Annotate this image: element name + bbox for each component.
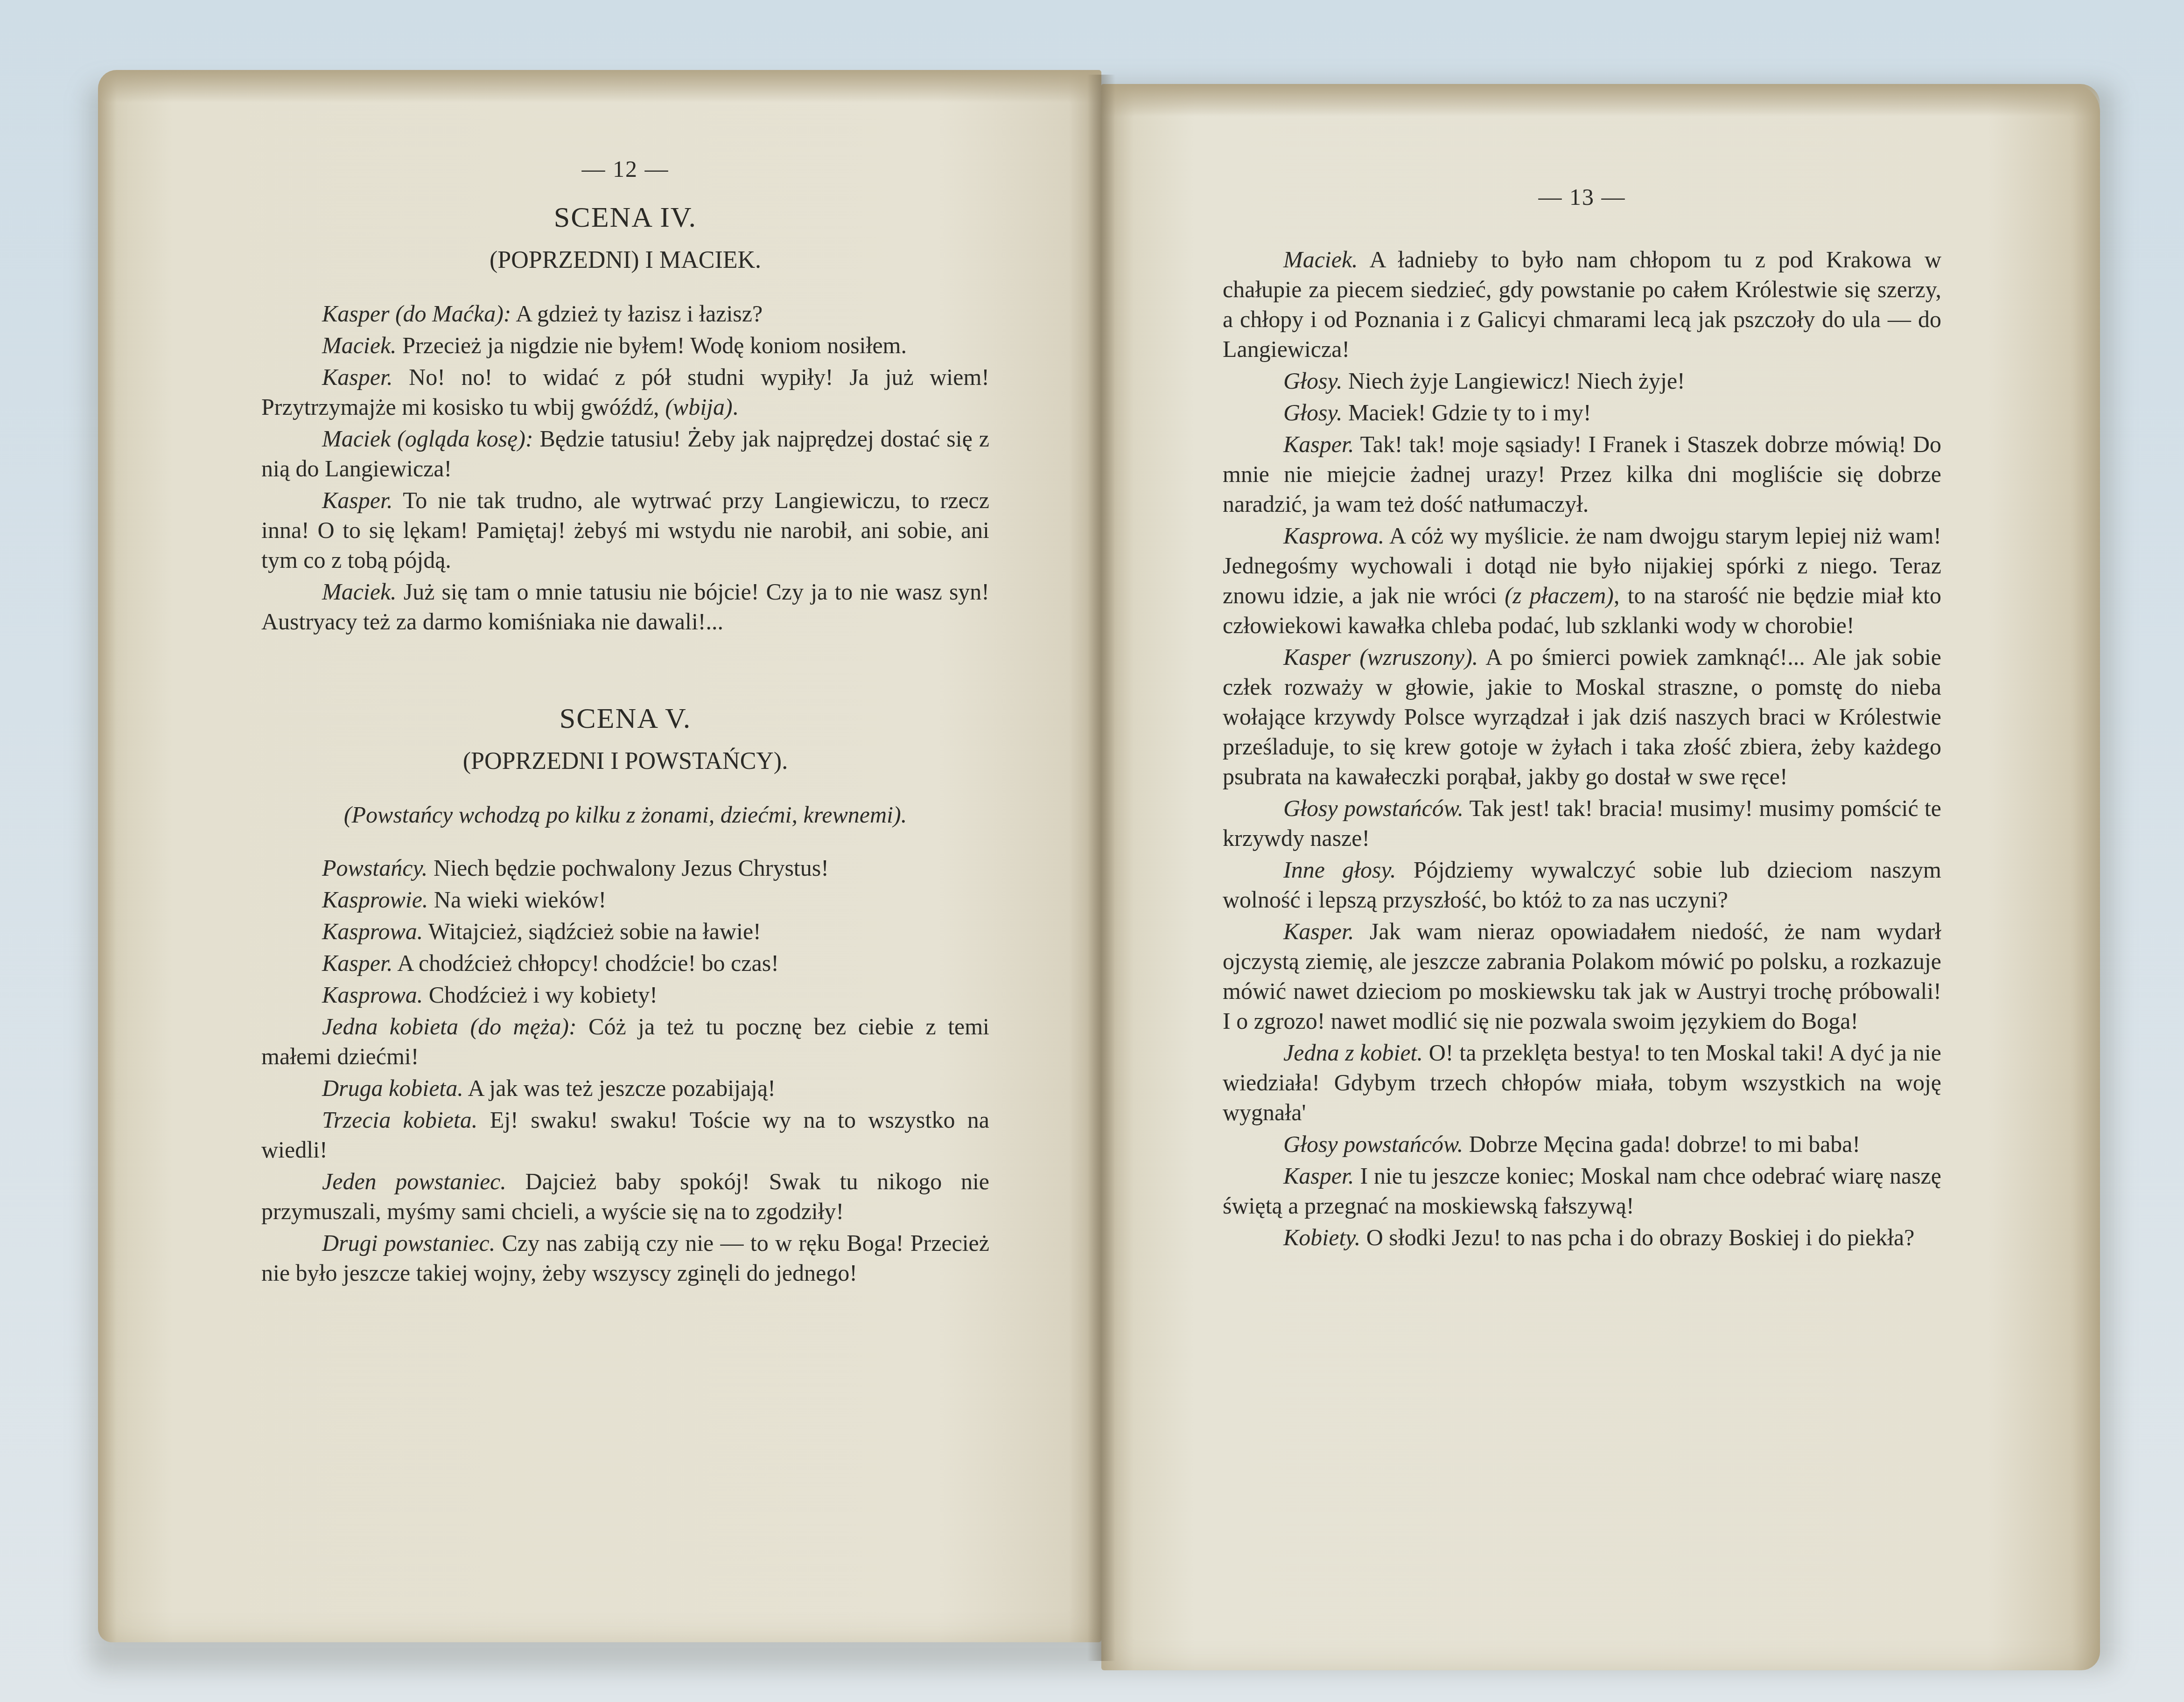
speech-text: Niech będzie pochwalony Jezus Chrystus! <box>427 855 829 881</box>
dialogue-line: Kasper. No! no! to widać z pół studni wy… <box>261 362 989 422</box>
speaker-name: Kasper (do Maćka): <box>322 300 511 327</box>
speaker-name: Głosy powstańców. <box>1283 795 1463 821</box>
speech-text: A gdzież ty łazisz i łazisz? <box>511 300 763 327</box>
stage-direction: (Powstańcy wchodzą po kilku z żonami, dz… <box>261 800 989 830</box>
speech-text: Niech żyje Langiewicz! Niech żyje! <box>1342 368 1685 394</box>
dialogue-line: Głosy powstańców. Dobrze Męcina gada! do… <box>1223 1129 1941 1159</box>
speaker-name: Kasper. <box>322 364 392 390</box>
speech-text: Dobrze Męcina gada! dobrze! to mi baba! <box>1463 1131 1860 1157</box>
speech-text: Przecież ja nigdzie nie byłem! Wodę koni… <box>397 332 907 358</box>
speaker-name: Kasper. <box>1283 431 1354 457</box>
dialogue-line: Kasprowie. Na wieki wieków! <box>261 885 989 914</box>
spacer <box>261 638 989 694</box>
dialogue-line: Kasper. I nie tu jeszcze koniec; Moskal … <box>1223 1161 1941 1221</box>
speaker-name: Głosy. <box>1283 399 1342 425</box>
speaker-name: Głosy powstańców. <box>1283 1131 1463 1157</box>
dialogue-line: Powstańcy. Niech będzie pochwalony Jezus… <box>261 853 989 883</box>
speaker-name: Kasprowa. <box>322 918 423 944</box>
speaker-name: Jedna kobieta (do męża): <box>322 1013 577 1039</box>
speaker-name: Kasper. <box>1283 1163 1354 1189</box>
page-number: — 13 — <box>1223 182 1941 212</box>
speaker-name: Maciek. <box>322 579 397 605</box>
scene-cast: (POPRZEDNI I POWSTAŃCY). <box>261 746 989 776</box>
speech-text: A chodźcież chłopcy! chodźcie! bo czas! <box>392 950 778 976</box>
dialogue-line: Inne głosy. Pójdziemy wywalczyć sobie lu… <box>1223 855 1941 914</box>
speaker-name: Kasprowa. <box>322 982 423 1008</box>
dialogue-line: Kasper (wzruszony). A po śmierci powiek … <box>1223 642 1941 791</box>
dialogue-line: Maciek. Już się tam o mnie tatusiu nie b… <box>261 577 989 636</box>
dialogue-line: Kasper. Tak! tak! moje sąsiady! I Franek… <box>1223 429 1941 519</box>
speaker-name: Maciek. <box>322 332 397 358</box>
speaker-name: Powstańcy. <box>322 855 427 881</box>
dialogue-line: Głosy powstańców. Tak jest! tak! bracia!… <box>1223 793 1941 853</box>
dialogue-line: Trzecia kobieta. Ej! swaku! swaku! Tości… <box>261 1105 989 1165</box>
speaker-name: Maciek (ogląda kosę): <box>322 425 533 452</box>
speech-text: A jak was też jeszcze pozabijają! <box>463 1075 776 1101</box>
left-page-text: — 12 — SCENA IV. (POPRZEDNI) I MACIEK. K… <box>261 154 989 1290</box>
speaker-name: Trzecia kobieta. <box>322 1107 477 1133</box>
speech-text: Witajcież, siądźcież sobie na ławie! <box>423 918 761 944</box>
dialogue-line: Drugi powstaniec. Czy nas zabiją czy nie… <box>261 1228 989 1288</box>
speaker-name: Kasper. <box>322 487 392 513</box>
speaker-name: Kasper. <box>1283 918 1354 944</box>
dialogue-line: Jedna z kobiet. O! ta przeklęta bestya! … <box>1223 1038 1941 1127</box>
dialogue-line: Jeden powstaniec. Dajcież baby spokój! S… <box>261 1166 989 1226</box>
dialogue-line: Kasper. A chodźcież chłopcy! chodźcie! b… <box>261 948 989 978</box>
dialogue-line: Kobiety. O słodki Jezu! to nas pcha i do… <box>1223 1222 1941 1252</box>
stage-direction-inline: (z płaczem) <box>1505 582 1614 608</box>
book-gutter <box>1087 75 1115 1661</box>
dialogue-line: Kasper (do Maćka): A gdzież ty łazisz i … <box>261 299 989 328</box>
scene-title: SCENA IV. <box>261 202 989 232</box>
dialogue-line: Kasprowa. Witajcież, siądźcież sobie na … <box>261 916 989 946</box>
dialogue-line: Maciek (ogląda kosę): Będzie tatusiu! Że… <box>261 424 989 483</box>
dialogue-line: Druga kobieta. A jak was też jeszcze poz… <box>261 1073 989 1103</box>
speech-text: . <box>733 394 739 420</box>
speech-text: Maciek! Gdzie ty to i my! <box>1342 399 1591 425</box>
dialogue-line: Kasper. To nie tak trudno, ale wytrwać p… <box>261 485 989 575</box>
scene-dialogue: Powstańcy. Niech będzie pochwalony Jezus… <box>261 853 989 1288</box>
dialogue-line: Kasper. Jak wam nieraz opowiadałem niedo… <box>1223 916 1941 1036</box>
dialogue-line: Głosy. Niech żyje Langiewicz! Niech żyje… <box>1223 366 1941 396</box>
scene-cast: (POPRZEDNI) I MACIEK. <box>261 245 989 275</box>
worn-edge <box>98 70 1101 103</box>
speaker-name: Głosy. <box>1283 368 1342 394</box>
speaker-name: Drugi powstaniec. <box>322 1230 495 1256</box>
dialogue-line: Maciek. A ładnieby to było nam chłopom t… <box>1223 244 1941 364</box>
dialogue-line: Głosy. Maciek! Gdzie ty to i my! <box>1223 398 1941 427</box>
speech-text: Chodźcież i wy kobiety! <box>423 982 658 1008</box>
dialogue-line: Maciek. Przecież ja nigdzie nie byłem! W… <box>261 330 989 360</box>
stage-direction-inline: (wbija) <box>665 394 732 420</box>
speaker-name: Jedna z kobiet. <box>1283 1039 1423 1066</box>
speaker-name: Druga kobieta. <box>322 1075 463 1101</box>
scene-dialogue: Kasper (do Maćka): A gdzież ty łazisz i … <box>261 299 989 636</box>
speaker-name: Jeden powstaniec. <box>322 1168 506 1194</box>
worn-edge <box>1101 84 2100 117</box>
speaker-name: Kasper. <box>322 950 392 976</box>
speaker-name: Maciek. <box>1283 246 1358 272</box>
dialogue-line: Kasprowa. Chodźcież i wy kobiety! <box>261 980 989 1010</box>
speech-text: O słodki Jezu! to nas pcha i do obrazy B… <box>1360 1224 1914 1250</box>
right-page-text: — 13 — Maciek. A ładnieby to było nam ch… <box>1223 182 1941 1254</box>
speaker-name: Kobiety. <box>1283 1224 1360 1250</box>
speaker-name: Kasprowie. <box>322 886 428 913</box>
speech-text: Na wieki wieków! <box>428 886 606 913</box>
dialogue-line: Kasprowa. A cóż wy myślicie. że nam dwoj… <box>1223 521 1941 640</box>
speaker-name: Kasprowa. <box>1283 523 1384 549</box>
speaker-name: Kasper (wzruszony). <box>1283 644 1478 670</box>
scene-title: SCENA V. <box>261 704 989 733</box>
dialogue-line: Jedna kobieta (do męża): Cóż ja też tu p… <box>261 1011 989 1071</box>
scene-dialogue: Maciek. A ładnieby to było nam chłopom t… <box>1223 244 1941 1252</box>
speaker-name: Inne głosy. <box>1283 857 1396 883</box>
page-number: — 12 — <box>261 154 989 184</box>
